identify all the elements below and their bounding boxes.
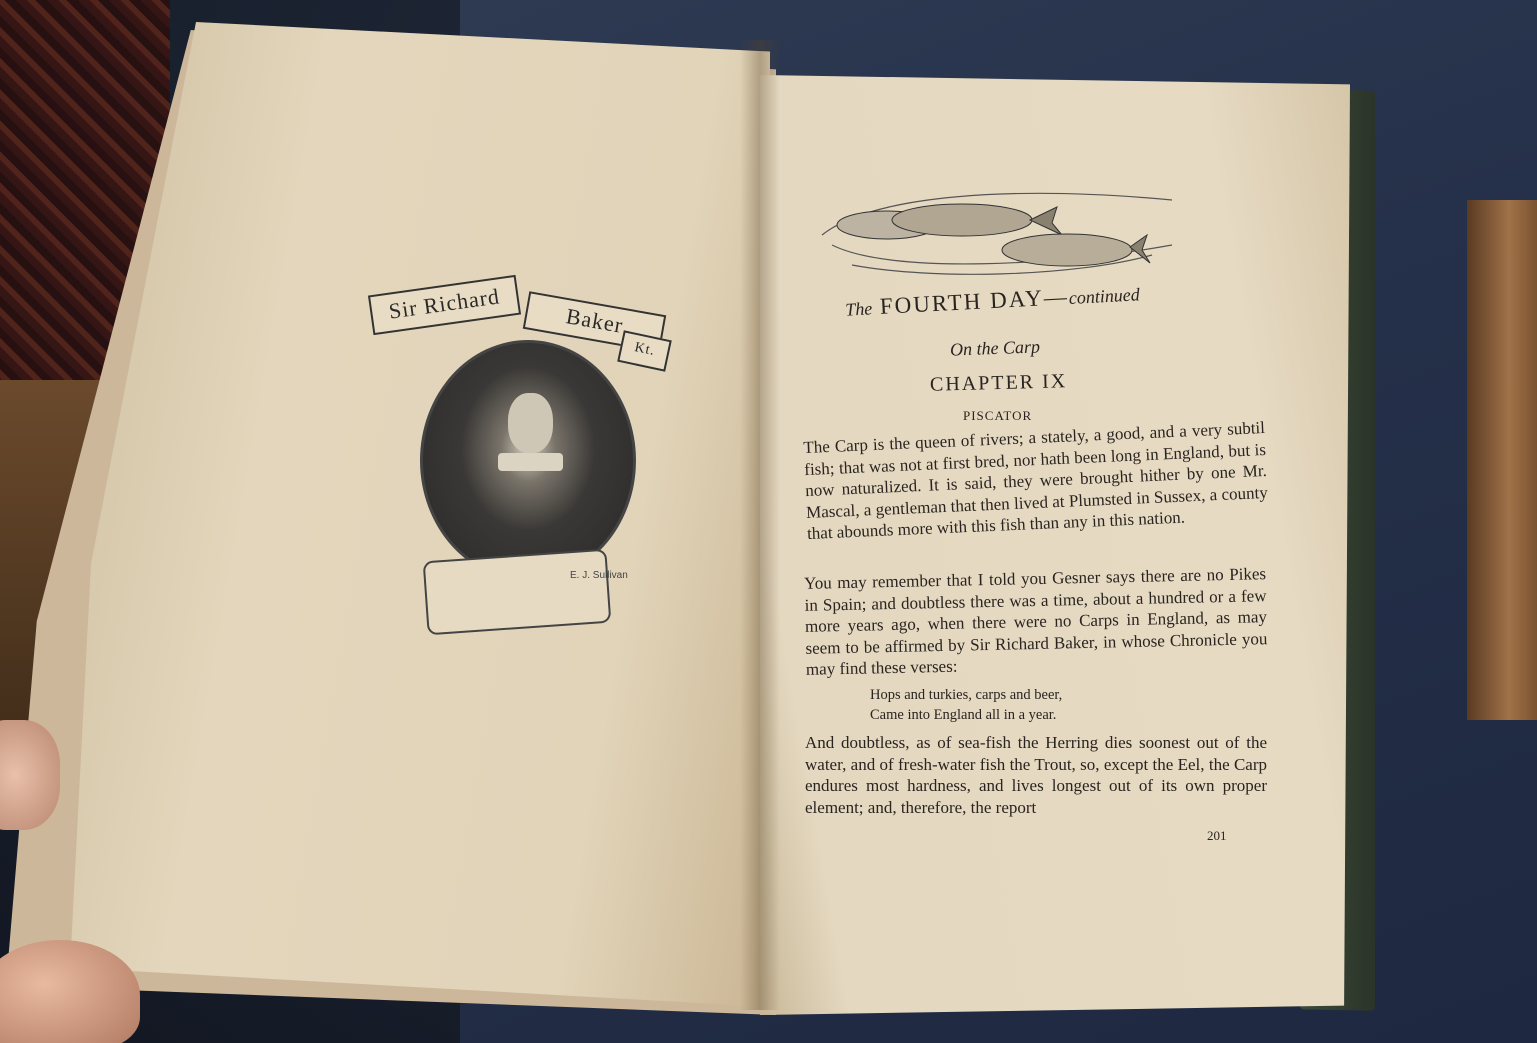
paragraph-3: And doubtless, as of sea-fish the Herrin… bbox=[805, 732, 1267, 818]
paragraph-1: The Carp is the queen of rivers; a state… bbox=[803, 417, 1269, 545]
portrait-oval bbox=[420, 340, 636, 581]
verse-line: Came into England all in a year. bbox=[870, 705, 1062, 725]
chapter-number: CHAPTER IX bbox=[930, 370, 1068, 397]
title-suffix: continued bbox=[1068, 284, 1140, 308]
artist-signature: E. J. Sullivan bbox=[570, 570, 628, 581]
chapter-subtitle: On the Carp bbox=[950, 336, 1041, 360]
title-prefix: The bbox=[845, 298, 873, 319]
ribbon-scroll-bottom bbox=[423, 549, 612, 636]
verse-quote: Hops and turkies, carps and beer, Came i… bbox=[870, 685, 1062, 725]
banner-title: Kt. bbox=[617, 330, 672, 371]
verse-line: Hops and turkies, carps and beer, bbox=[870, 685, 1062, 705]
portrait-plate: Sir Richard Baker Kt. E. J. Sullivan bbox=[355, 255, 685, 635]
paragraph-2: You may remember that I told you Gesner … bbox=[804, 563, 1268, 680]
portrait-face bbox=[508, 393, 553, 453]
background-shelf bbox=[1467, 200, 1537, 720]
speaker-label: PISCATOR bbox=[963, 408, 1032, 424]
page-number: 201 bbox=[1207, 828, 1227, 844]
banner-name-first: Sir Richard bbox=[368, 275, 521, 335]
hand-finger bbox=[0, 720, 60, 830]
book-gutter bbox=[740, 40, 780, 1010]
carp-illustration bbox=[812, 185, 1182, 295]
portrait-collar bbox=[498, 453, 563, 471]
